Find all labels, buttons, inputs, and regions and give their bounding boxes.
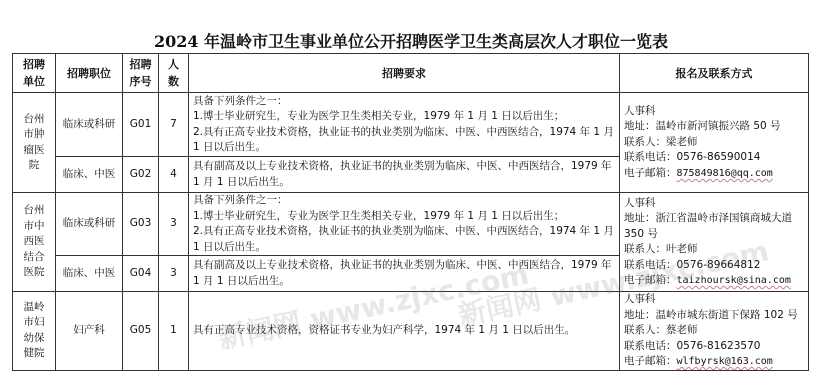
contact-email-line: 电子邮箱：875849816@qq.com [624,166,804,182]
position-title: 临床、中医 [56,256,123,292]
unit-name-line: 健院 [17,346,51,362]
table-row: 台州 市中 西医 结合 医院 临床或科研 G03 3 具备下列条件之一： 1.博… [13,193,809,256]
contact-email-line: 电子邮箱：taizhoursk@sina.com [624,273,804,289]
requirement-line: 具有正高专业技术资格，资格证书专业为妇产科学，1974 年 1 月 1 日以后出… [193,323,615,339]
contact-phone: 联系电话：0576-81623570 [624,339,804,355]
header-position: 招聘职位 [56,54,123,93]
requirements-cell: 具有副高及以上专业技术资格，执业证书的执业类别为临床、中医、中西医结合，1979… [189,157,620,193]
contact-email-link[interactable]: wlfbyrsk@163.com [677,356,773,367]
requirements-cell: 具有副高及以上专业技术资格，执业证书的执业类别为临床、中医、中西医结合，1979… [189,256,620,292]
position-count: 3 [159,193,189,256]
contact-cell: 人事科 地址：温岭市新河镇振兴路 50 号 联系人：梁老师 联系电话：0576-… [620,93,809,193]
unit-name-cell: 台州 市肿 瘤医 院 [13,93,56,193]
contact-address: 地址：浙江省温岭市泽国镇商城大道 350 号 [624,211,804,242]
contact-dept: 人事科 [624,104,804,120]
contact-phone: 联系电话：0576-89664812 [624,258,804,274]
unit-name-line: 台州 [17,112,51,128]
header-count-line: 数 [163,73,184,90]
header-code-line: 序号 [127,73,154,90]
contact-person: 联系人：蔡老师 [624,323,804,339]
position-title: 临床、中医 [56,157,123,193]
unit-name-cell: 台州 市中 西医 结合 医院 [13,193,56,292]
header-code-line: 招聘 [127,56,154,73]
position-code: G01 [123,93,159,157]
position-code: G02 [123,157,159,193]
positions-table: 招聘 单位 招聘职位 招聘 序号 人 数 招聘要求 报名及联系方式 台州 市肿 … [12,53,809,371]
header-unit-line: 单位 [17,73,51,90]
position-count: 3 [159,256,189,292]
position-code: G04 [123,256,159,292]
table-header-row: 招聘 单位 招聘职位 招聘 序号 人 数 招聘要求 报名及联系方式 [13,54,809,93]
table-row: 台州 市肿 瘤医 院 临床或科研 G01 7 具备下列条件之一： 1.博士毕业研… [13,93,809,157]
contact-email-label: 电子邮箱： [624,167,677,179]
unit-name-line: 幼保 [17,331,51,347]
unit-name-line: 温岭 [17,300,51,316]
position-title: 临床或科研 [56,193,123,256]
requirement-line: 具有副高及以上专业技术资格，执业证书的执业类别为临床、中医、中西医结合，1979… [193,159,615,190]
contact-email-link[interactable]: 875849816@qq.com [677,168,773,179]
unit-name-line: 瘤医 [17,143,51,159]
requirement-line: 具备下列条件之一： [193,94,615,110]
contact-cell: 人事科 地址：温岭市城东街道下保路 102 号 联系人：蔡老师 联系电话：057… [620,292,809,371]
contact-email-link[interactable]: taizhoursk@sina.com [677,275,791,286]
contact-cell: 人事科 地址：浙江省温岭市泽国镇商城大道 350 号 联系人：叶老师 联系电话：… [620,193,809,292]
contact-address: 地址：温岭市新河镇振兴路 50 号 [624,119,804,135]
unit-name-line: 西医 [17,234,51,250]
contact-person: 联系人：梁老师 [624,135,804,151]
position-title: 临床或科研 [56,93,123,157]
position-count: 7 [159,93,189,157]
requirement-line: 1.博士毕业研究生，专业为医学卫生类相关专业，1979 年 1 月 1 日以后出… [193,209,615,225]
contact-dept: 人事科 [624,292,804,308]
header-contact: 报名及联系方式 [620,54,809,93]
header-unit-line: 招聘 [17,56,51,73]
unit-name-line: 医院 [17,265,51,281]
position-count: 4 [159,157,189,193]
header-count: 人 数 [159,54,189,93]
requirement-line: 2.具有正高专业技术资格，执业证书的执业类别为临床、中医、中西医结合，1974 … [193,224,615,255]
unit-name-line: 市肿 [17,127,51,143]
table-row: 温岭 市妇 幼保 健院 妇产科 G05 1 具有正高专业技术资格，资格证书专业为… [13,292,809,371]
position-code: G03 [123,193,159,256]
requirements-cell: 具备下列条件之一： 1.博士毕业研究生，专业为医学卫生类相关专业，1979 年 … [189,193,620,256]
unit-name-line: 市妇 [17,315,51,331]
requirement-line: 1.博士毕业研究生，专业为医学卫生类相关专业，1979 年 1 月 1 日以后出… [193,109,615,125]
requirements-cell: 具有正高专业技术资格，资格证书专业为妇产科学，1974 年 1 月 1 日以后出… [189,292,620,371]
requirement-line: 具备下列条件之一： [193,193,615,209]
requirement-line: 具有副高及以上专业技术资格，执业证书的执业类别为临床、中医、中西医结合，1979… [193,258,615,289]
contact-email-line: 电子邮箱：wlfbyrsk@163.com [624,354,804,370]
position-title: 妇产科 [56,292,123,371]
position-code: G05 [123,292,159,371]
header-unit: 招聘 单位 [13,54,56,93]
contact-email-label: 电子邮箱： [624,274,677,286]
requirement-line: 2.具有正高专业技术资格，执业证书的执业类别为临床、中医、中西医结合，1974 … [193,125,615,156]
page-title: 2024 年温岭市卫生事业单位公开招聘医学卫生类高层次人才职位一览表 [0,29,822,52]
unit-name-cell: 温岭 市妇 幼保 健院 [13,292,56,371]
unit-name-line: 结合 [17,250,51,266]
unit-name-line: 市中 [17,219,51,235]
header-code: 招聘 序号 [123,54,159,93]
contact-address: 地址：温岭市城东街道下保路 102 号 [624,308,804,324]
contact-dept: 人事科 [624,196,804,212]
unit-name-line: 台州 [17,203,51,219]
header-count-line: 人 [163,56,184,73]
requirements-cell: 具备下列条件之一： 1.博士毕业研究生，专业为医学卫生类相关专业，1979 年 … [189,93,620,157]
contact-phone: 联系电话：0576-86590014 [624,150,804,166]
position-count: 1 [159,292,189,371]
contact-email-label: 电子邮箱： [624,355,677,367]
contact-person: 联系人：叶老师 [624,242,804,258]
header-requirements: 招聘要求 [189,54,620,93]
unit-name-line: 院 [17,158,51,174]
